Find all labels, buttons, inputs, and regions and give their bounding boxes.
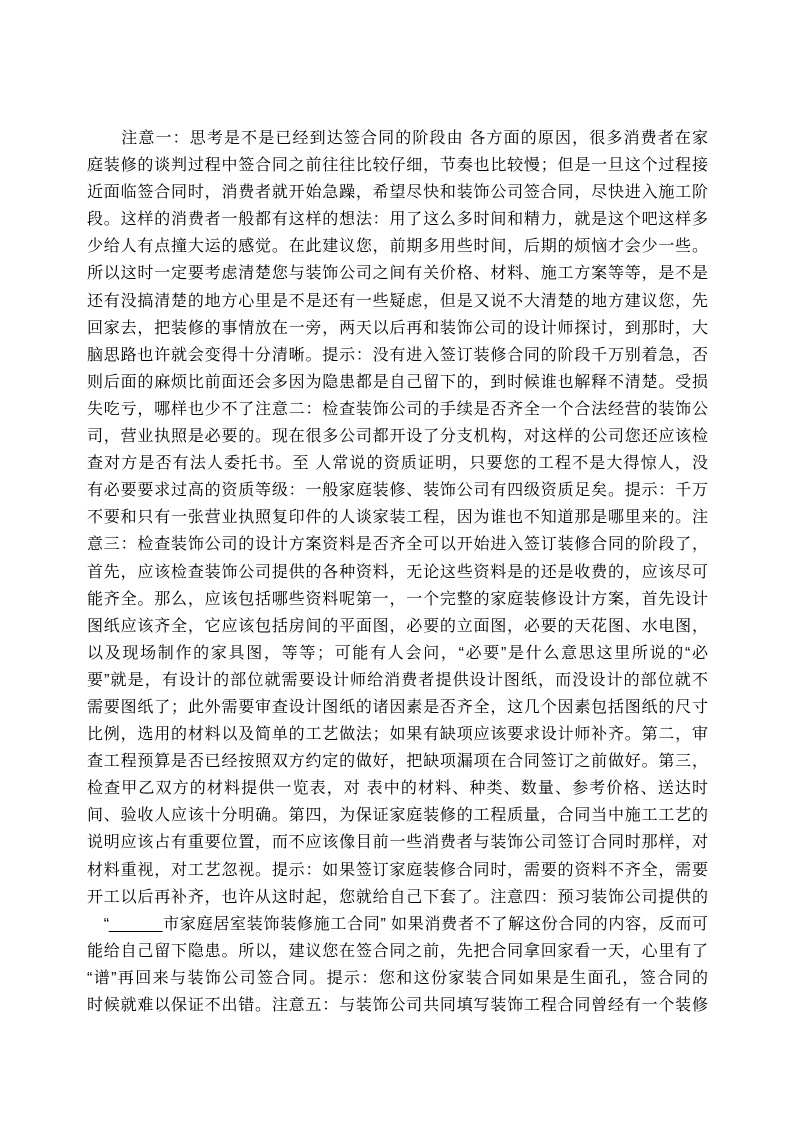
text-line: 司，营业执照是必要的。现在很多公司都开设了分支机构，对这样的公司您还应该检 [87, 423, 708, 450]
text-line: 说明应该占有重要位置，而不应该像目前一些消费者与装饰公司签订合同时那样，对 [87, 829, 708, 856]
text-line: 能给自己留下隐患。所以，建议您在签合同之前，先把合同拿回家看一天，心里有了 [87, 938, 708, 965]
text-line: 以及现场制作的家具图，等等；可能有人会问，“必要”是什么意思这里所说的“必 [87, 640, 708, 667]
text-line: 则后面的麻烦比前面还会多因为隐患都是自己留下的，到时候谁也解释不清楚。受损 [87, 369, 708, 396]
document-page: 注意一：思考是不是已经到达签合同的阶段由 各方面的原因，很多消费者在家庭装修的谈… [0, 0, 793, 1122]
text-line: 间、验收人应该十分明确。第四，为保证家庭装修的工程质量，合同当中施工工艺的 [87, 802, 708, 829]
text-line: 脑思路也许就会变得十分清晰。提示：没有进入签订装修合同的阶段千万别着急，否 [87, 342, 708, 369]
text-line: 检查甲乙双方的材料提供一览表，对 表中的材料、种类、数量、参考价格、送达时 [87, 775, 708, 802]
text-line: 开工以后再补齐，也许从这时起，您就给自己下套了。注意四：预习装饰公司提供的 [87, 884, 708, 911]
text-line: 查工程预算是否已经按照双方约定的做好，把缺项漏项在合同签订之前做好。第三， [87, 748, 708, 775]
text-line: 要”就是，有设计的部位就需要设计师给消费者提供设计图纸，而没设计的部位就不 [87, 667, 708, 694]
text-line: 少给人有点撞大运的感觉。在此建议您，前期多用些时间，后期的烦恼才会少一些。 [87, 233, 708, 260]
text-line: 查对方是否有法人委托书。至 人常说的资质证明，只要您的工程不是大得惊人，没 [87, 450, 708, 477]
text-line: 不要和只有一张营业执照复印件的人谈家装工程，因为谁也不知道那是哪里来的。注 [87, 504, 708, 531]
body-text: 注意一：思考是不是已经到达签合同的阶段由 各方面的原因，很多消费者在家庭装修的谈… [87, 125, 708, 1019]
text-line: 庭装修的谈判过程中签合同之前往往比较仔细，节奏也比较慢；但是一旦这个过程接 [87, 152, 708, 179]
text-line: “______市家庭居室装饰装修施工合同” 如果消费者不了解这份合同的内容，反而… [87, 911, 708, 938]
text-line: 能齐全。那么，应该包括哪些资料呢第一，一个完整的家庭装修设计方案，首先设计 [87, 586, 708, 613]
text-line: 需要图纸了；此外需要审查设计图纸的诸因素是否齐全，这几个因素包括图纸的尺寸 [87, 694, 708, 721]
text-line: 首先，应该检查装饰公司提供的各种资料，无论这些资料是的还是收费的，应该尽可 [87, 559, 708, 586]
text-line: 段。这样的消费者一般都有这样的想法：用了这么多时间和精力，就是这个吧这样多 [87, 206, 708, 233]
text-line: 所以这时一定要考虑清楚您与装饰公司之间有关价格、材料、施工方案等等，是不是 [87, 260, 708, 287]
text-line: 有必要要求过高的资质等级：一般家庭装修、装饰公司有四级资质足矣。提示：千万 [87, 477, 708, 504]
text-line: 失吃亏，哪样也少不了注意二：检查装饰公司的手续是否齐全一个合法经营的装饰公 [87, 396, 708, 423]
text-line: 图纸应该齐全，它应该包括房间的平面图，必要的立面图，必要的天花图、水电图， [87, 613, 708, 640]
text-line: 时候就难以保证不出错。注意五：与装饰公司共同填写装饰工程合同曾经有一个装修 [87, 992, 708, 1019]
text-line: 比例，选用的材料以及简单的工艺做法；如果有缺项应该要求设计师补齐。第二，审 [87, 721, 708, 748]
text-line: 近面临签合同时，消费者就开始急躁，希望尽快和装饰公司签合同，尽快进入施工阶 [87, 179, 708, 206]
text-line: 注意一：思考是不是已经到达签合同的阶段由 各方面的原因，很多消费者在家 [87, 125, 708, 152]
text-line: 材料重视，对工艺忽视。提示：如果签订家庭装修合同时，需要的资料不齐全，需要 [87, 857, 708, 884]
text-line: 意三：检查装饰公司的设计方案资料是否齐全可以开始进入签订装修合同的阶段了， [87, 531, 708, 558]
text-line: 回家去，把装修的事情放在一旁，两天以后再和装饰公司的设计师探讨，到那时，大 [87, 315, 708, 342]
text-line: “谱”再回来与装饰公司签合同。提示：您和这份家装合同如果是生面孔，签合同的 [87, 965, 708, 992]
text-line: 还有没搞清楚的地方心里是不是还有一些疑虑，但是又说不大清楚的地方建议您，先 [87, 288, 708, 315]
